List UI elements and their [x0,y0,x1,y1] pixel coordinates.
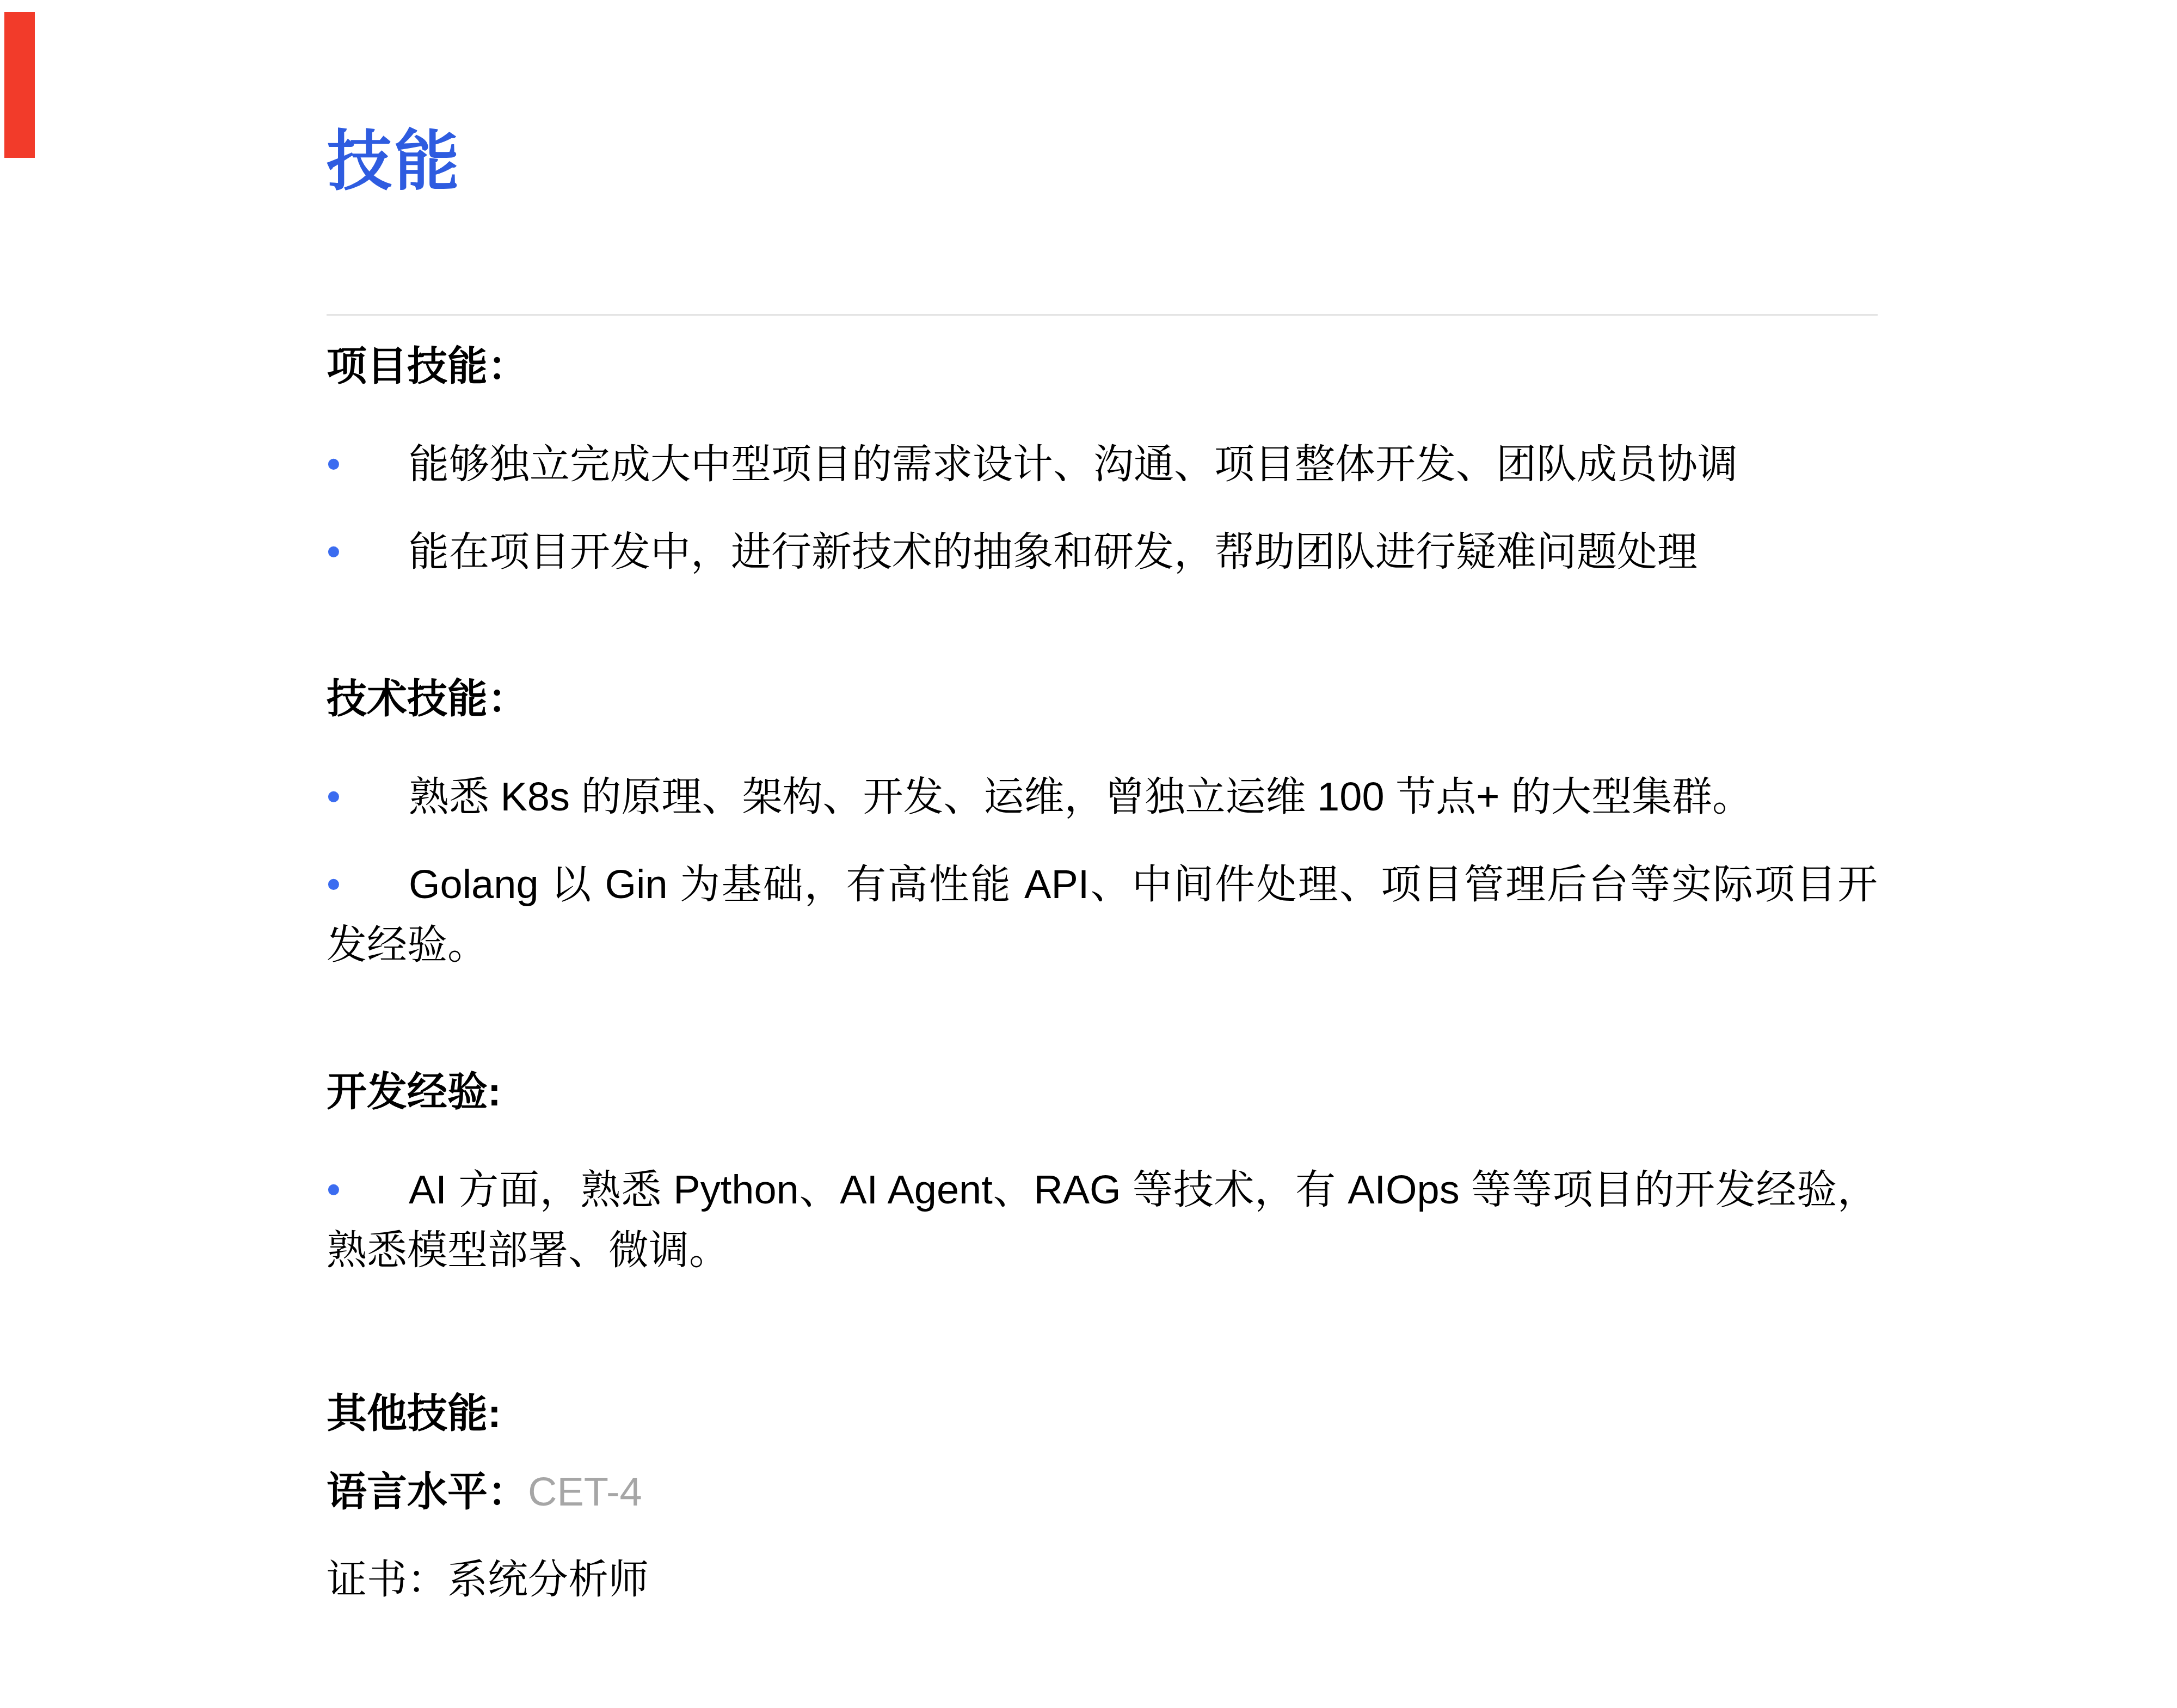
bullet-text: AI 方面，熟悉 Python、AI Agent、RAG 等技术，有 AIOps… [327,1167,1878,1273]
language-level-label: 语言水平： [327,1469,528,1514]
bullet-text: 熟悉 K8s 的原理、架构、开发、运维，曾独立运维 100 节点+ 的大型集群。 [409,774,1752,819]
heading-other-skills: 其他技能: [327,1389,1878,1437]
red-accent-bar [4,12,35,158]
bullet-text: 能在项目开发中，进行新技术的抽象和研发，帮助团队进行疑难问题处理 [409,529,1698,574]
heading-technical-skills: 技术技能： [327,674,1878,723]
language-level-value: CET-4 [528,1469,642,1514]
bullet-dot-icon: • [327,1167,341,1212]
bullet-item-tech-1: •熟悉 K8s 的原理、架构、开发、运维，曾独立运维 100 节点+ 的大型集群… [327,766,1878,827]
certificate-label: 证书： [327,1557,447,1602]
bullet-dot-icon: • [327,441,341,487]
bullet-text: Golang 以 Gin 为基础，有高性能 API、中间件处理、项目管理后台等实… [327,862,1878,967]
bullet-dot-icon: • [327,774,341,819]
bullet-item-dev-1: •AI 方面，熟悉 Python、AI Agent、RAG 等技术，有 AIOp… [327,1159,1878,1280]
certificate-line: 证书：系统分析师 [327,1555,1878,1603]
page-title: 技能 [327,126,1878,197]
heading-dev-experience: 开发经验: [327,1067,1878,1116]
bullet-dot-icon: • [327,529,341,574]
language-level-line: 语言水平：CET-4 [327,1467,1878,1516]
section-divider [327,314,1878,316]
skills-page: 技能 项目技能： •能够独立完成大中型项目的需求设计、沟通、项目整体开发、团队成… [327,0,1878,1603]
certificate-value: 系统分析师 [447,1557,649,1602]
bullet-item-tech-2: •Golang 以 Gin 为基础，有高性能 API、中间件处理、项目管理后台等… [327,854,1878,975]
heading-project-skills: 项目技能： [327,342,1878,390]
bullet-dot-icon: • [327,862,341,907]
bullet-item-project-1: •能够独立完成大中型项目的需求设计、沟通、项目整体开发、团队成员协调 [327,434,1878,494]
bullet-text: 能够独立完成大中型项目的需求设计、沟通、项目整体开发、团队成员协调 [409,441,1738,487]
bullet-item-project-2: •能在项目开发中，进行新技术的抽象和研发，帮助团队进行疑难问题处理 [327,521,1878,582]
